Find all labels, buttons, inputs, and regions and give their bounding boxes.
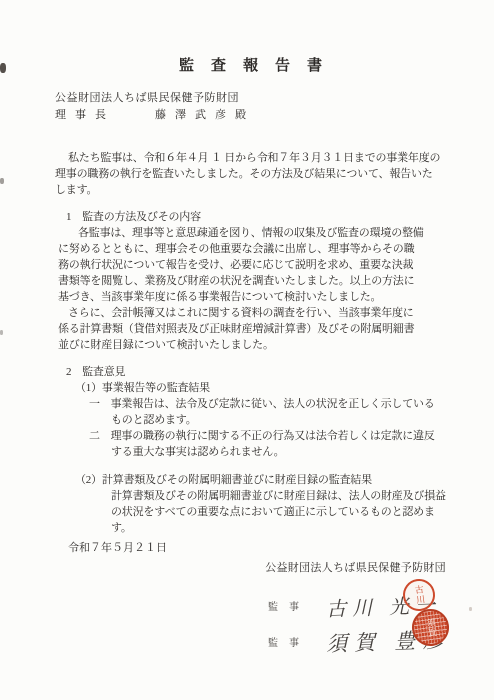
document-line: 計算書類及びその附属明細書並びに財産目録は、法人の財産及び損益 <box>55 488 446 504</box>
document-line: （2）計算書類及びその附属明細書並びに財産目録の監査結果 <box>55 472 446 488</box>
audit-report-page: 監査報告書 公益財団法人ちば県民保健予防財団 理事長 藤澤武彦殿 私たち監事は、… <box>0 0 494 700</box>
document-line: 係る計算書類（貸借対照表及び正味財産増減計算書）及びその附属明細書 <box>55 321 446 337</box>
document-line: ものと認めます。 <box>55 412 446 428</box>
document-line: す。 <box>55 520 446 536</box>
signature-organization: 公益財団法人ちば県民保健予防財団 <box>55 560 446 576</box>
scan-artifact <box>469 607 472 611</box>
document-content: 監査報告書 公益財団法人ちば県民保健予防財団 理事長 藤澤武彦殿 私たち監事は、… <box>55 0 446 658</box>
document-line: 並びに財産目録について検討いたしました。 <box>55 337 446 353</box>
document-line: 書類等を閲覧し、業務及び財産の状況を調査いたしました。以上の方法に <box>55 273 446 289</box>
addressee-name: 理事長 藤澤武彦殿 <box>55 107 446 124</box>
document-line: 各監事は、理事等と意思疎通を図り、情報の収集及び監査の環境の整備 <box>55 225 446 241</box>
document-line: 基づき、当該事業年度に係る事業報告について検討いたしました。 <box>55 289 446 305</box>
document-body: 私たち監事は、令和６年４月 １ 日から令和７年３月３１日までの事業年度の理事の職… <box>55 150 446 536</box>
scan-artifact <box>0 63 6 73</box>
auditor-label: 監事 <box>268 634 316 649</box>
document-line: 二 理事の職務の執行に関する不正の行為又は法令若しくは定款に違反 <box>55 428 446 444</box>
document-line: します。 <box>55 182 446 198</box>
scan-artifact <box>0 178 4 184</box>
auditor-label: 監事 <box>268 598 316 613</box>
document-line: 2 監査意見 <box>55 364 446 380</box>
document-line: 務の執行状況について報告を受け、必要に応じて説明を求め、重要な決裁 <box>55 257 446 273</box>
document-line: 一 事業報告は、法令及び定款に従い、法人の状況を正しく示している <box>55 396 446 412</box>
document-line: 1 監査の方法及びその内容 <box>55 209 446 225</box>
document-line: する重大な事実は認められません。 <box>55 444 446 460</box>
seal-text: 古川 <box>413 584 425 605</box>
document-line: 私たち監事は、令和６年４月 １ 日から令和７年３月３１日までの事業年度の <box>55 150 446 166</box>
scan-artifact <box>0 330 3 335</box>
document-title: 監査報告書 <box>55 56 446 76</box>
document-line: さらに、会計帳簿又はこれに関する資料の調査を行い、当該事業年度に <box>55 305 446 321</box>
document-line: の状況をすべての重要な点において適正に示しているものと認めま <box>55 504 446 520</box>
document-date: 令和７年５月２１日 <box>55 540 446 556</box>
addressee-organization: 公益財団法人ちば県民保健予防財団 <box>55 90 446 107</box>
document-line: 理事の職務の執行を監査いたしました。その方法及び結果について、報告いた <box>55 166 446 182</box>
document-line: に努めるとともに、理事会その他重要な会議に出席し、理事等からその職 <box>55 241 446 257</box>
seal-text: 須賀 <box>425 617 437 638</box>
document-line: （1）事業報告等の監査結果 <box>55 380 446 396</box>
